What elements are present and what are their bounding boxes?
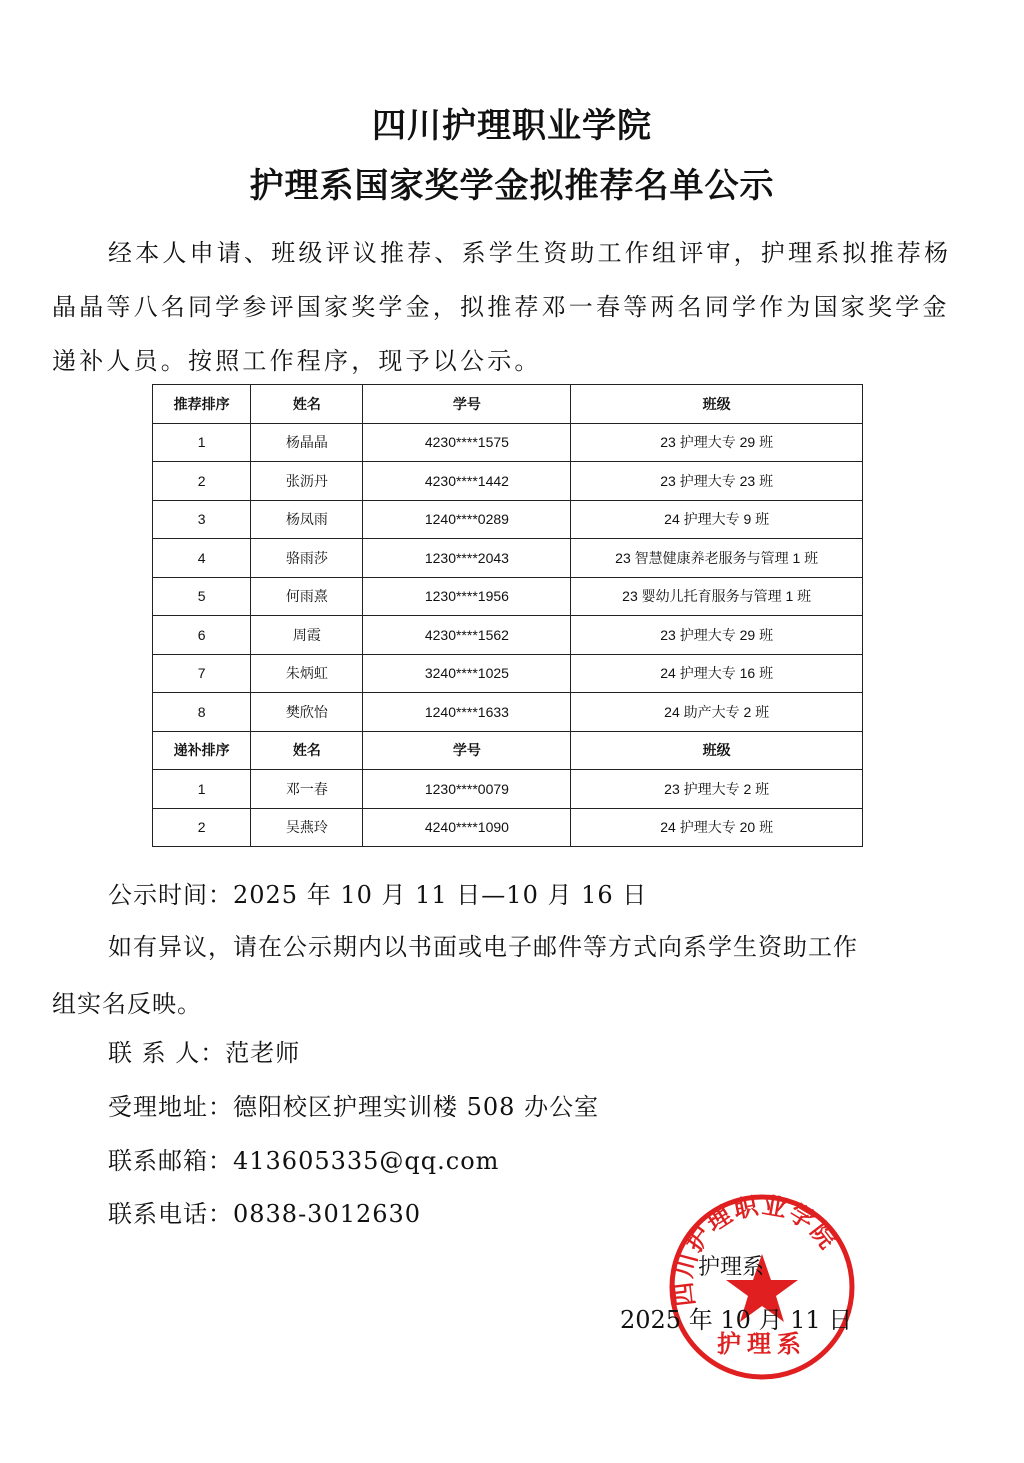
table-cell: 4 [153,539,251,578]
table-cell: 3 [153,500,251,539]
table-cell: 1 [153,770,251,809]
table-cell: 8 [153,693,251,732]
table-cell: 杨晶晶 [251,423,363,462]
contact-email[interactable]: 联系邮箱：413605335@qq.com [108,1146,499,1176]
column-header: 递补排序 [153,731,251,770]
contact-person: 联 系 人：范老师 [108,1038,300,1068]
table-cell: 23 婴幼儿托育服务与管理 1 班 [571,577,863,616]
column-header: 学号 [363,731,571,770]
contact-address: 受理地址：德阳校区护理实训楼 508 办公室 [108,1092,599,1122]
table-cell: 樊欣怡 [251,693,363,732]
table-cell: 1240****0289 [363,500,571,539]
table-row: 4骆雨莎1230****204323 智慧健康养老服务与管理 1 班 [153,539,863,578]
table-cell: 4230****1575 [363,423,571,462]
table-cell: 23 护理大专 29 班 [571,423,863,462]
table-cell: 骆雨莎 [251,539,363,578]
signature-department: 护理系 [698,1250,764,1281]
contact-phone: 联系电话：0838-3012630 [108,1199,421,1229]
table-cell: 6 [153,616,251,655]
table-cell: 4230****1562 [363,616,571,655]
table-cell: 4240****1090 [363,808,571,847]
table-cell: 3240****1025 [363,654,571,693]
table-cell: 1230****0079 [363,770,571,809]
document-title: 护理系国家奖学金拟推荐名单公示 [0,158,1024,207]
table-row: 8樊欣怡1240****163324 助产大专 2 班 [153,693,863,732]
notice-period: 公示时间：2025 年 10 月 11 日—10 月 16 日 [108,880,647,910]
table-cell: 24 护理大专 9 班 [571,500,863,539]
recommended-header-row: 推荐排序姓名学号班级 [153,385,863,424]
table-cell: 朱炳虹 [251,654,363,693]
table-cell: 张沥丹 [251,462,363,501]
column-header: 姓名 [251,385,363,424]
table-row: 6周霞4230****156223 护理大专 29 班 [153,616,863,655]
official-seal-icon: 四川护理职业学院 护理系 [667,1192,857,1382]
table-cell: 4230****1442 [363,462,571,501]
table-cell: 邓一春 [251,770,363,809]
column-header: 姓名 [251,731,363,770]
scholarship-table: 推荐排序姓名学号班级1杨晶晶4230****157523 护理大专 29 班2张… [152,384,863,847]
table-cell: 24 护理大专 16 班 [571,654,863,693]
table-cell: 2 [153,462,251,501]
table-row: 1邓一春1230****007923 护理大专 2 班 [153,770,863,809]
table-cell: 23 护理大专 23 班 [571,462,863,501]
table-cell: 何雨熹 [251,577,363,616]
table-cell: 23 护理大专 2 班 [571,770,863,809]
table-row: 2张沥丹4230****144223 护理大专 23 班 [153,462,863,501]
intro-paragraph: 经本人申请、班级评议推荐、系学生资助工作组评审，护理系拟推荐杨晶晶等八名同学参评… [52,226,962,388]
table-cell: 1230****2043 [363,539,571,578]
column-header: 班级 [571,385,863,424]
table-cell: 2 [153,808,251,847]
table-cell: 吴燕玲 [251,808,363,847]
alternate-header-row: 递补排序姓名学号班级 [153,731,863,770]
table-cell: 1240****1633 [363,693,571,732]
table-cell: 周霞 [251,616,363,655]
table-cell: 23 护理大专 29 班 [571,616,863,655]
table-cell: 7 [153,654,251,693]
table-cell: 1230****1956 [363,577,571,616]
table-cell: 1 [153,423,251,462]
table-cell: 24 护理大专 20 班 [571,808,863,847]
table-row: 7朱炳虹3240****102524 护理大专 16 班 [153,654,863,693]
table-row: 1杨晶晶4230****157523 护理大专 29 班 [153,423,863,462]
objection-text: 如有异议，请在公示期内以书面或电子邮件等方式向系学生资助工作 [108,932,858,962]
table-cell: 24 助产大专 2 班 [571,693,863,732]
table-row: 5何雨熹1230****195623 婴幼儿托育服务与管理 1 班 [153,577,863,616]
column-header: 班级 [571,731,863,770]
column-header: 推荐排序 [153,385,251,424]
table-cell: 5 [153,577,251,616]
signature-date: 2025 年 10 月 11 日 [620,1300,852,1335]
column-header: 学号 [363,385,571,424]
table-row: 3杨凤雨1240****028924 护理大专 9 班 [153,500,863,539]
table-cell: 23 智慧健康养老服务与管理 1 班 [571,539,863,578]
table-row: 2吴燕玲4240****109024 护理大专 20 班 [153,808,863,847]
table-cell: 杨凤雨 [251,500,363,539]
objection-text-cont: 组实名反映。 [52,984,202,1019]
institution-title: 四川护理职业学院 [0,98,1024,147]
